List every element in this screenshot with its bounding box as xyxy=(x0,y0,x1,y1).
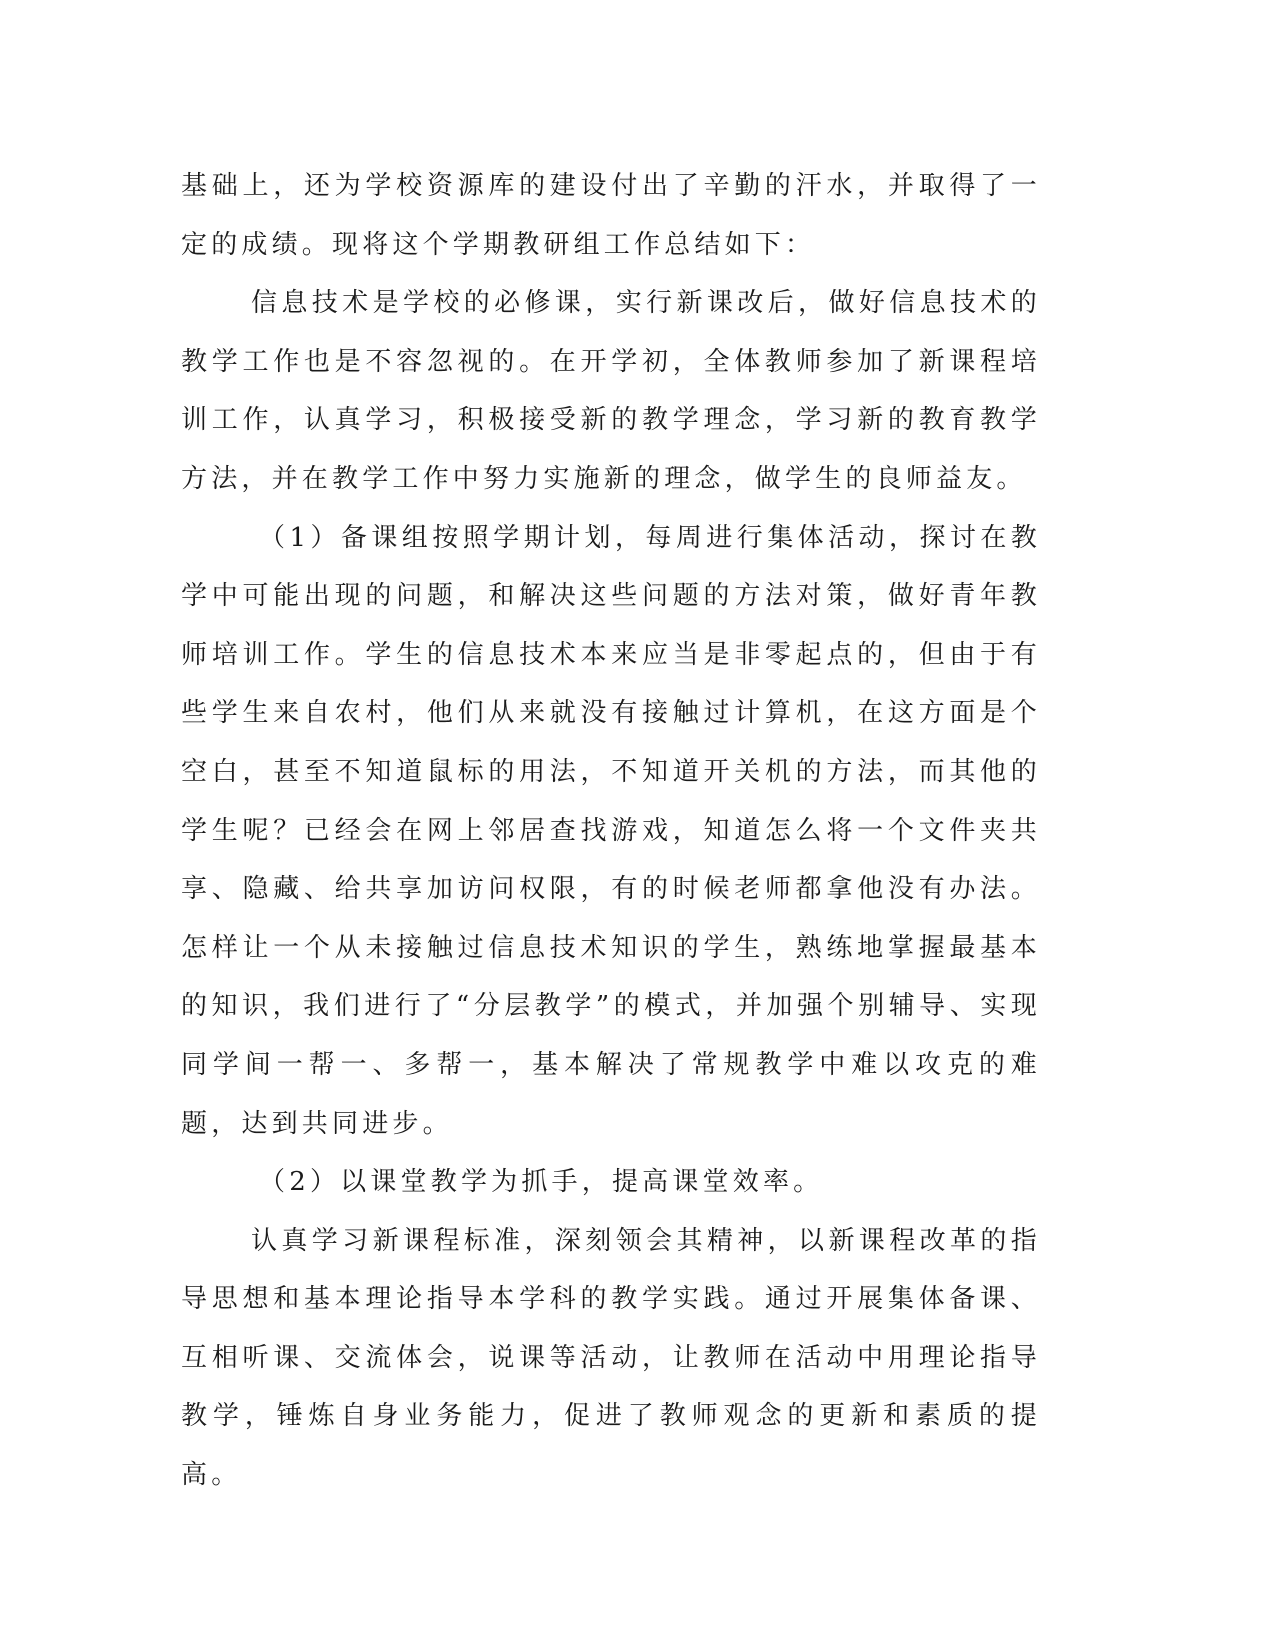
paragraph-intro-continued: 基础上，还为学校资源库的建设付出了辛勤的汗水，并取得了一定的成绩。现将这个学期教… xyxy=(181,157,1041,274)
paragraph-curriculum: 信息技术是学校的必修课，实行新课改后，做好信息技术的教学工作也是不容忽视的。在开… xyxy=(181,274,1041,508)
paragraph-new-curriculum-study: 认真学习新课程标准，深刻领会其精神，以新课程改革的指导思想和基本理论指导本学科的… xyxy=(181,1212,1041,1505)
paragraph-point-1-lesson-prep: （1）备课组按照学期计划，每周进行集体活动，探讨在教学中可能出现的问题，和解决这… xyxy=(181,509,1041,1154)
document-page: 基础上，还为学校资源库的建设付出了辛勤的汗水，并取得了一定的成绩。现将这个学期教… xyxy=(181,157,1041,1505)
paragraph-point-2-heading: （2）以课堂教学为抓手，提高课堂效率。 xyxy=(181,1153,1041,1212)
